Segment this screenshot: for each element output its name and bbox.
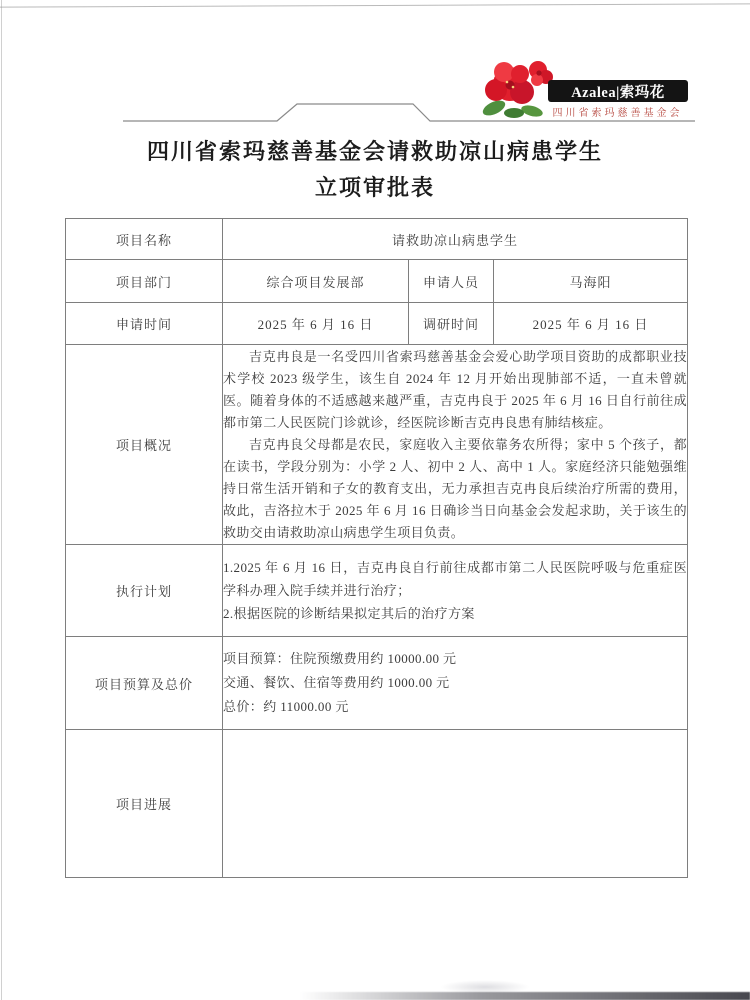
logo-badge: Azalea|索玛花 xyxy=(548,80,688,102)
budget-content: 项目预算：住院预缴费用约 10000.00 元 交通、餐饮、住宿等费用约 100… xyxy=(223,637,688,730)
budget-line-3: 总价：约 11000.00 元 xyxy=(223,695,687,719)
scanned-document-page: Azalea|索玛花 四川省索玛慈善基金会 四川省索玛慈善基金会请救助凉山病患学… xyxy=(0,0,750,1000)
budget-line-2: 交通、餐饮、住宿等费用约 1000.00 元 xyxy=(223,671,687,695)
applicant-value: 马海阳 xyxy=(494,260,688,303)
overview-paragraph-2: 吉克冉良父母都是农民，家庭收入主要依靠务农所得；家中 5 个孩子，都在读书，学段… xyxy=(223,434,687,544)
progress-content xyxy=(223,730,688,878)
overview-paragraph-1: 吉克冉良是一名受四川省索玛慈善基金会爱心助学项目资助的成都职业技术学校 2023… xyxy=(223,346,687,434)
document-title-line1: 四川省索玛慈善基金会请救助凉山病患学生 xyxy=(0,134,750,170)
row-overview: 项目概况 吉克冉良是一名受四川省索玛慈善基金会爱心助学项目资助的成都职业技术学校… xyxy=(66,345,688,545)
applicant-label: 申请人员 xyxy=(409,260,494,303)
budget-line-1: 项目预算：住院预缴费用约 10000.00 元 xyxy=(223,647,687,671)
plan-line-1: 1.2025 年 6 月 16 日，吉克冉良自行前往成都市第二人民医院呼吸与危重… xyxy=(223,556,687,602)
department-label: 项目部门 xyxy=(66,260,223,303)
overview-content: 吉克冉良是一名受四川省索玛慈善基金会爱心助学项目资助的成都职业技术学校 2023… xyxy=(223,345,688,545)
row-department-applicant: 项目部门 综合项目发展部 申请人员 马海阳 xyxy=(66,260,688,303)
department-value: 综合项目发展部 xyxy=(223,260,409,303)
row-plan: 执行计划 1.2025 年 6 月 16 日，吉克冉良自行前往成都市第二人民医院… xyxy=(66,545,688,637)
plan-content: 1.2025 年 6 月 16 日，吉克冉良自行前往成都市第二人民医院呼吸与危重… xyxy=(223,545,688,637)
plan-line-2: 2.根据医院的诊断结果拟定其后的治疗方案 xyxy=(223,602,687,625)
logo-badge-text: Azalea|索玛花 xyxy=(571,81,665,102)
letterhead-divider-line xyxy=(0,100,750,126)
project-name-label: 项目名称 xyxy=(66,219,223,260)
document-title: 四川省索玛慈善基金会请救助凉山病患学生 立项审批表 xyxy=(0,134,750,206)
apply-time-value: 2025 年 6 月 16 日 xyxy=(223,303,409,345)
survey-time-value: 2025 年 6 月 16 日 xyxy=(494,303,688,345)
budget-label: 项目预算及总价 xyxy=(66,637,223,730)
document-title-line2: 立项审批表 xyxy=(0,170,750,206)
row-progress: 项目进展 xyxy=(66,730,688,878)
progress-label: 项目进展 xyxy=(66,730,223,878)
row-budget: 项目预算及总价 项目预算：住院预缴费用约 10000.00 元 交通、餐饮、住宿… xyxy=(66,637,688,730)
apply-time-label: 申请时间 xyxy=(66,303,223,345)
approval-form-table: 项目名称 请救助凉山病患学生 项目部门 综合项目发展部 申请人员 马海阳 申请时… xyxy=(65,218,688,878)
scan-edge-artifact-top xyxy=(0,3,750,7)
row-times: 申请时间 2025 年 6 月 16 日 调研时间 2025 年 6 月 16 … xyxy=(66,303,688,345)
overview-label: 项目概况 xyxy=(66,345,223,545)
project-name-value: 请救助凉山病患学生 xyxy=(223,219,688,260)
survey-time-label: 调研时间 xyxy=(409,303,494,345)
scan-shadow-artifact-bottom xyxy=(300,992,750,1000)
row-project-name: 项目名称 请救助凉山病患学生 xyxy=(66,219,688,260)
plan-label: 执行计划 xyxy=(66,545,223,637)
